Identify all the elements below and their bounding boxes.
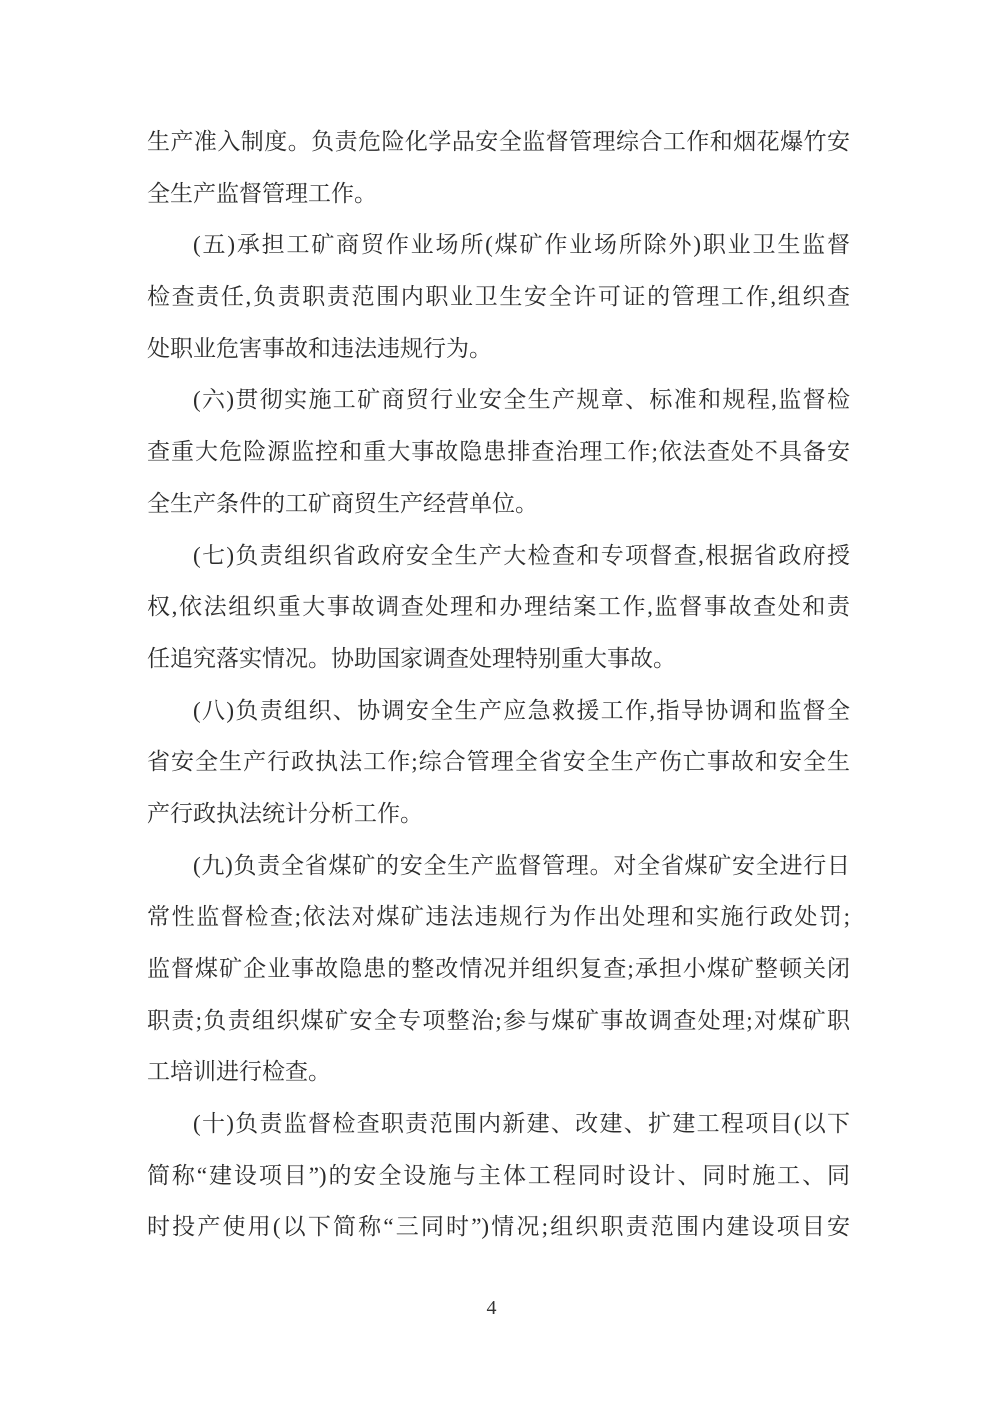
- document-line: 查重大危险源监控和重大事故隐患排查治理工作;依法查处不具备安: [147, 426, 850, 478]
- document-line: 全生产条件的工矿商贸生产经营单位。: [147, 478, 850, 530]
- document-line: (十)负责监督检查职责范围内新建、改建、扩建工程项目(以下: [147, 1098, 850, 1150]
- document-line: 生产准入制度。负责危险化学品安全监督管理综合工作和烟花爆竹安: [147, 116, 850, 168]
- document-line: (六)贯彻实施工矿商贸行业安全生产规章、标准和规程,监督检: [147, 374, 850, 426]
- document-line: 权,依法组织重大事故调查处理和办理结案工作,监督事故查处和责: [147, 581, 850, 633]
- document-line: (七)负责组织省政府安全生产大检查和专项督查,根据省政府授: [147, 530, 850, 582]
- document-line: 省安全生产行政执法工作;综合管理全省安全生产伤亡事故和安全生: [147, 736, 850, 788]
- page-number: 4: [0, 1296, 983, 1320]
- document-line: 简称“建设项目”)的安全设施与主体工程同时设计、同时施工、同: [147, 1150, 850, 1202]
- document-line: 常性监督检查;依法对煤矿违法违规行为作出处理和实施行政处罚;: [147, 891, 850, 943]
- paragraph-item-8: (八)负责组织、协调安全生产应急救援工作,指导协调和监督全省安全生产行政执法工作…: [147, 685, 850, 840]
- document-line: 产行政执法统计分析工作。: [147, 788, 850, 840]
- document-line: 职责;负责组织煤矿安全专项整治;参与煤矿事故调查处理;对煤矿职: [147, 995, 850, 1047]
- document-line: 全生产监督管理工作。: [147, 168, 850, 220]
- paragraph-item-5: (五)承担工矿商贸作业场所(煤矿作业场所除外)职业卫生监督检查责任,负责职责范围…: [147, 219, 850, 374]
- document-line: (八)负责组织、协调安全生产应急救援工作,指导协调和监督全: [147, 685, 850, 737]
- paragraph-item-9: (九)负责全省煤矿的安全生产监督管理。对全省煤矿安全进行日常性监督检查;依法对煤…: [147, 840, 850, 1098]
- paragraph-item-10: (十)负责监督检查职责范围内新建、改建、扩建工程项目(以下简称“建设项目”)的安…: [147, 1098, 850, 1253]
- document-body: 生产准入制度。负责危险化学品安全监督管理综合工作和烟花爆竹安全生产监督管理工作。…: [147, 116, 850, 1253]
- paragraph-item-7: (七)负责组织省政府安全生产大检查和专项督查,根据省政府授权,依法组织重大事故调…: [147, 530, 850, 685]
- document-line: 检查责任,负责职责范围内职业卫生安全许可证的管理工作,组织查: [147, 271, 850, 323]
- paragraph-item-6: (六)贯彻实施工矿商贸行业安全生产规章、标准和规程,监督检查重大危险源监控和重大…: [147, 374, 850, 529]
- document-line: (五)承担工矿商贸作业场所(煤矿作业场所除外)职业卫生监督: [147, 219, 850, 271]
- paragraph-continuation: 生产准入制度。负责危险化学品安全监督管理综合工作和烟花爆竹安全生产监督管理工作。: [147, 116, 850, 219]
- document-line: 时投产使用(以下简称“三同时”)情况;组织职责范围内建设项目安: [147, 1201, 850, 1253]
- document-page: 生产准入制度。负责危险化学品安全监督管理综合工作和烟花爆竹安全生产监督管理工作。…: [0, 0, 992, 1403]
- document-line: 任追究落实情况。协助国家调查处理特别重大事故。: [147, 633, 850, 685]
- document-line: 监督煤矿企业事故隐患的整改情况并组织复查;承担小煤矿整顿关闭: [147, 943, 850, 995]
- document-line: 处职业危害事故和违法违规行为。: [147, 323, 850, 375]
- document-line: 工培训进行检查。: [147, 1046, 850, 1098]
- document-line: (九)负责全省煤矿的安全生产监督管理。对全省煤矿安全进行日: [147, 840, 850, 892]
